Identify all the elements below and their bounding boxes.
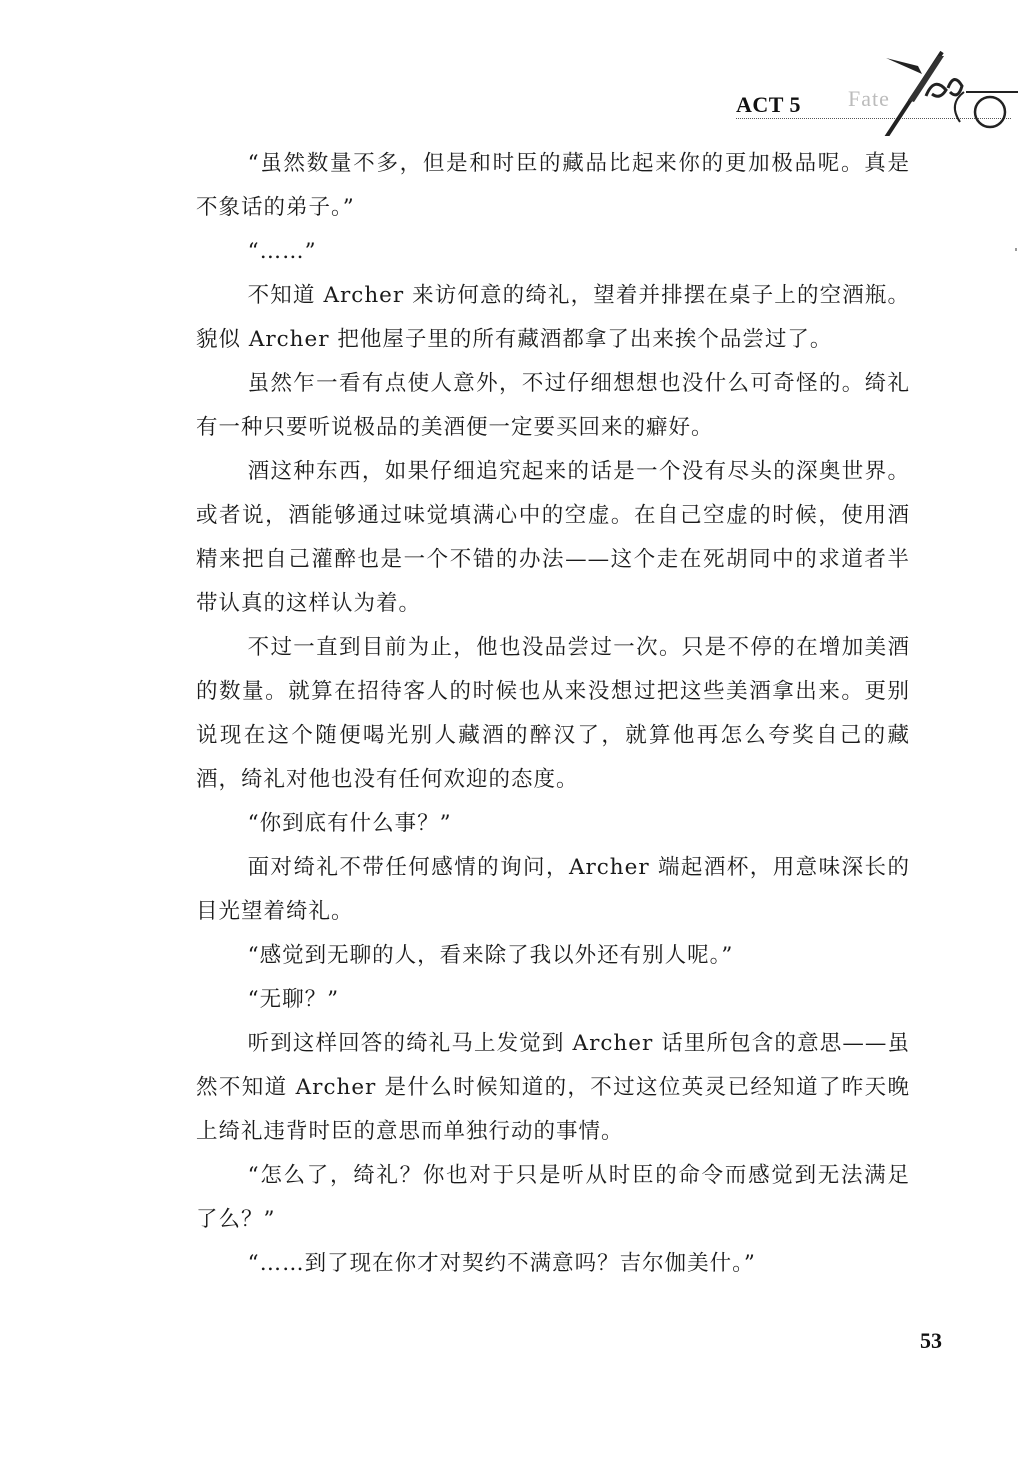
paragraph: “……到了现在你才对契约不满意吗？吉尔伽美什。” — [196, 1242, 910, 1286]
paragraph: “虽然数量不多，但是和时臣的藏品比起来你的更加极品呢。真是不象话的弟子。” — [196, 142, 910, 230]
fate-zero-logo-icon: Fate — [848, 26, 1018, 136]
paragraph: “感觉到无聊的人，看来除了我以外还有别人呢。” — [196, 934, 910, 978]
paragraph: “怎么了，绮礼？你也对于只是听从时臣的命令而感觉到无法满足了么？” — [196, 1154, 910, 1242]
paragraph: 不知道 Archer 来访何意的绮礼，望着并排摆在桌子上的空酒瓶。貌似 Arch… — [196, 274, 910, 362]
scan-artifact — [1015, 248, 1017, 251]
paragraph: 面对绮礼不带任何感情的询问，Archer 端起酒杯，用意味深长的目光望着绮礼。 — [196, 846, 910, 934]
paragraph: 虽然乍一看有点使人意外，不过仔细想想也没什么可奇怪的。绮礼有一种只要听说极品的美… — [196, 362, 910, 450]
act-label: ACT 5 — [736, 92, 801, 118]
page-body: “虽然数量不多，但是和时臣的藏品比起来你的更加极品呢。真是不象话的弟子。” “…… — [196, 142, 910, 1286]
paragraph: 酒这种东西，如果仔细追究起来的话是一个没有尽头的深奥世界。或者说，酒能够通过味觉… — [196, 450, 910, 626]
running-header: ACT 5 Fate — [736, 62, 1018, 142]
paragraph: “无聊？” — [196, 978, 910, 1022]
svg-text:Fate: Fate — [848, 86, 890, 111]
paragraph: “你到底有什么事？” — [196, 802, 910, 846]
page-number: 53 — [920, 1328, 942, 1354]
paragraph: 听到这样回答的绮礼马上发觉到 Archer 话里所包含的意思——虽然不知道 Ar… — [196, 1022, 910, 1154]
paragraph: “……” — [196, 230, 910, 274]
paragraph: 不过一直到目前为止，他也没品尝过一次。只是不停的在增加美酒的数量。就算在招待客人… — [196, 626, 910, 802]
